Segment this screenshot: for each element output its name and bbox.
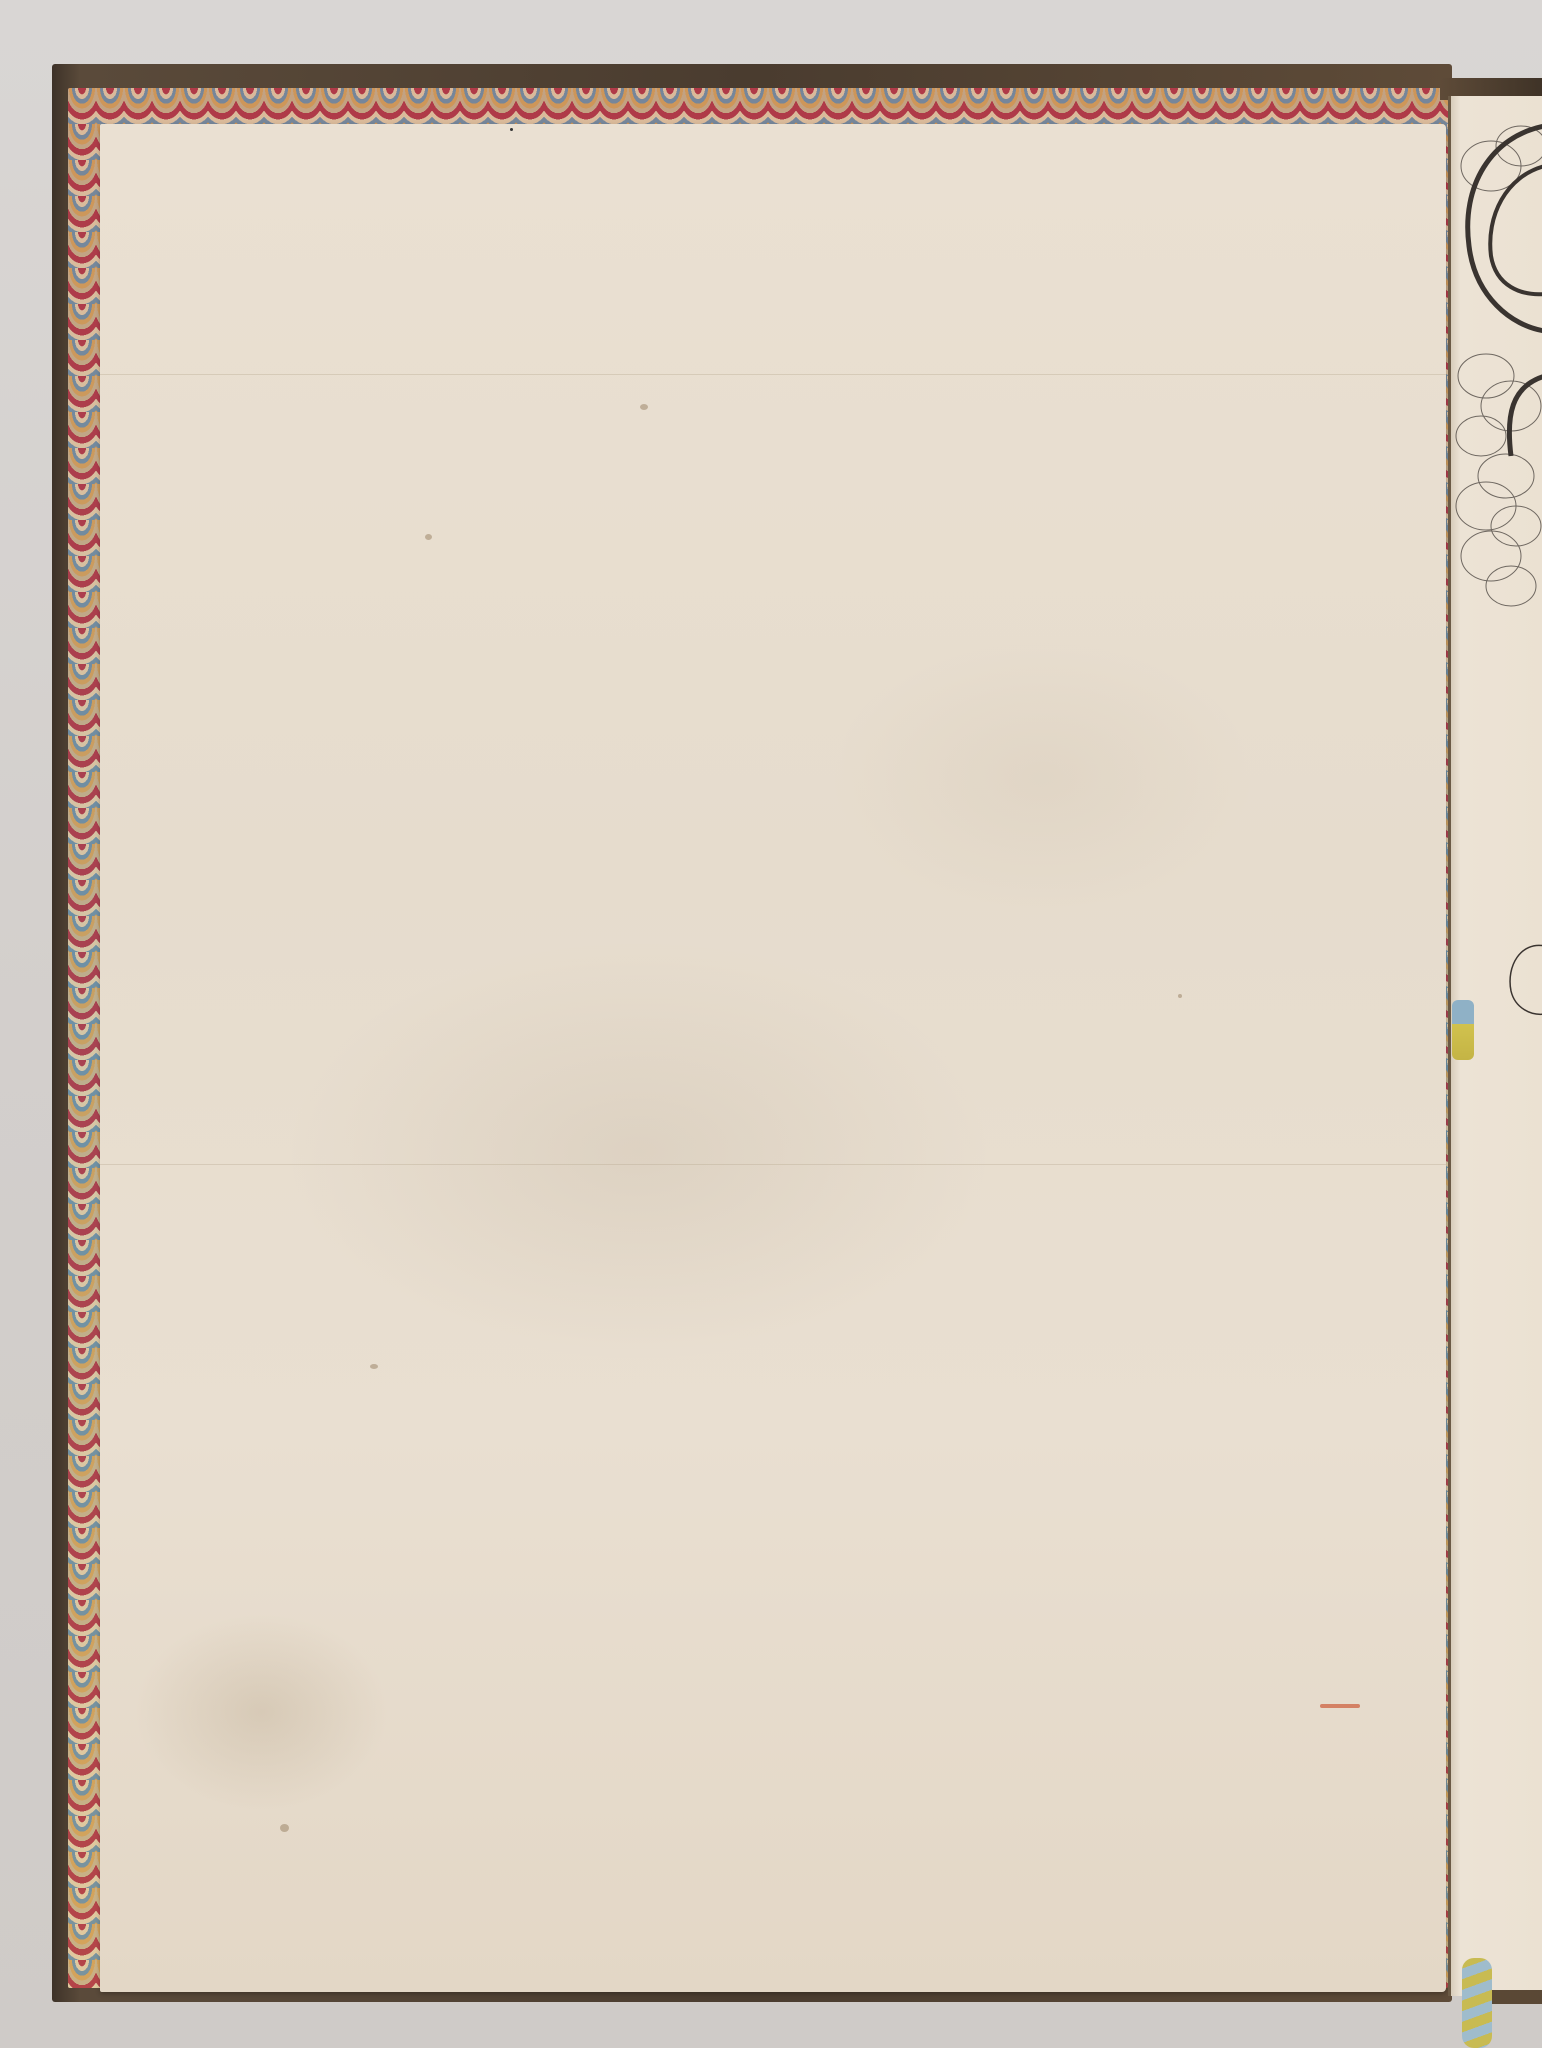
bookmark-cord-gutter [1452,1000,1474,1060]
blank-flyleaf-page [100,124,1446,1992]
fold-crease [100,1164,1446,1165]
foxing-spot [425,534,432,540]
ink-dot [510,128,513,131]
red-mark [1320,1704,1360,1708]
foxing-spot [640,404,648,410]
foxing-spot [370,1364,378,1369]
foxing-spot [1178,994,1182,998]
foxing-spot [280,1824,289,1832]
bookmark-cord-tail [1462,1958,1492,2048]
chain-line [100,374,1446,375]
